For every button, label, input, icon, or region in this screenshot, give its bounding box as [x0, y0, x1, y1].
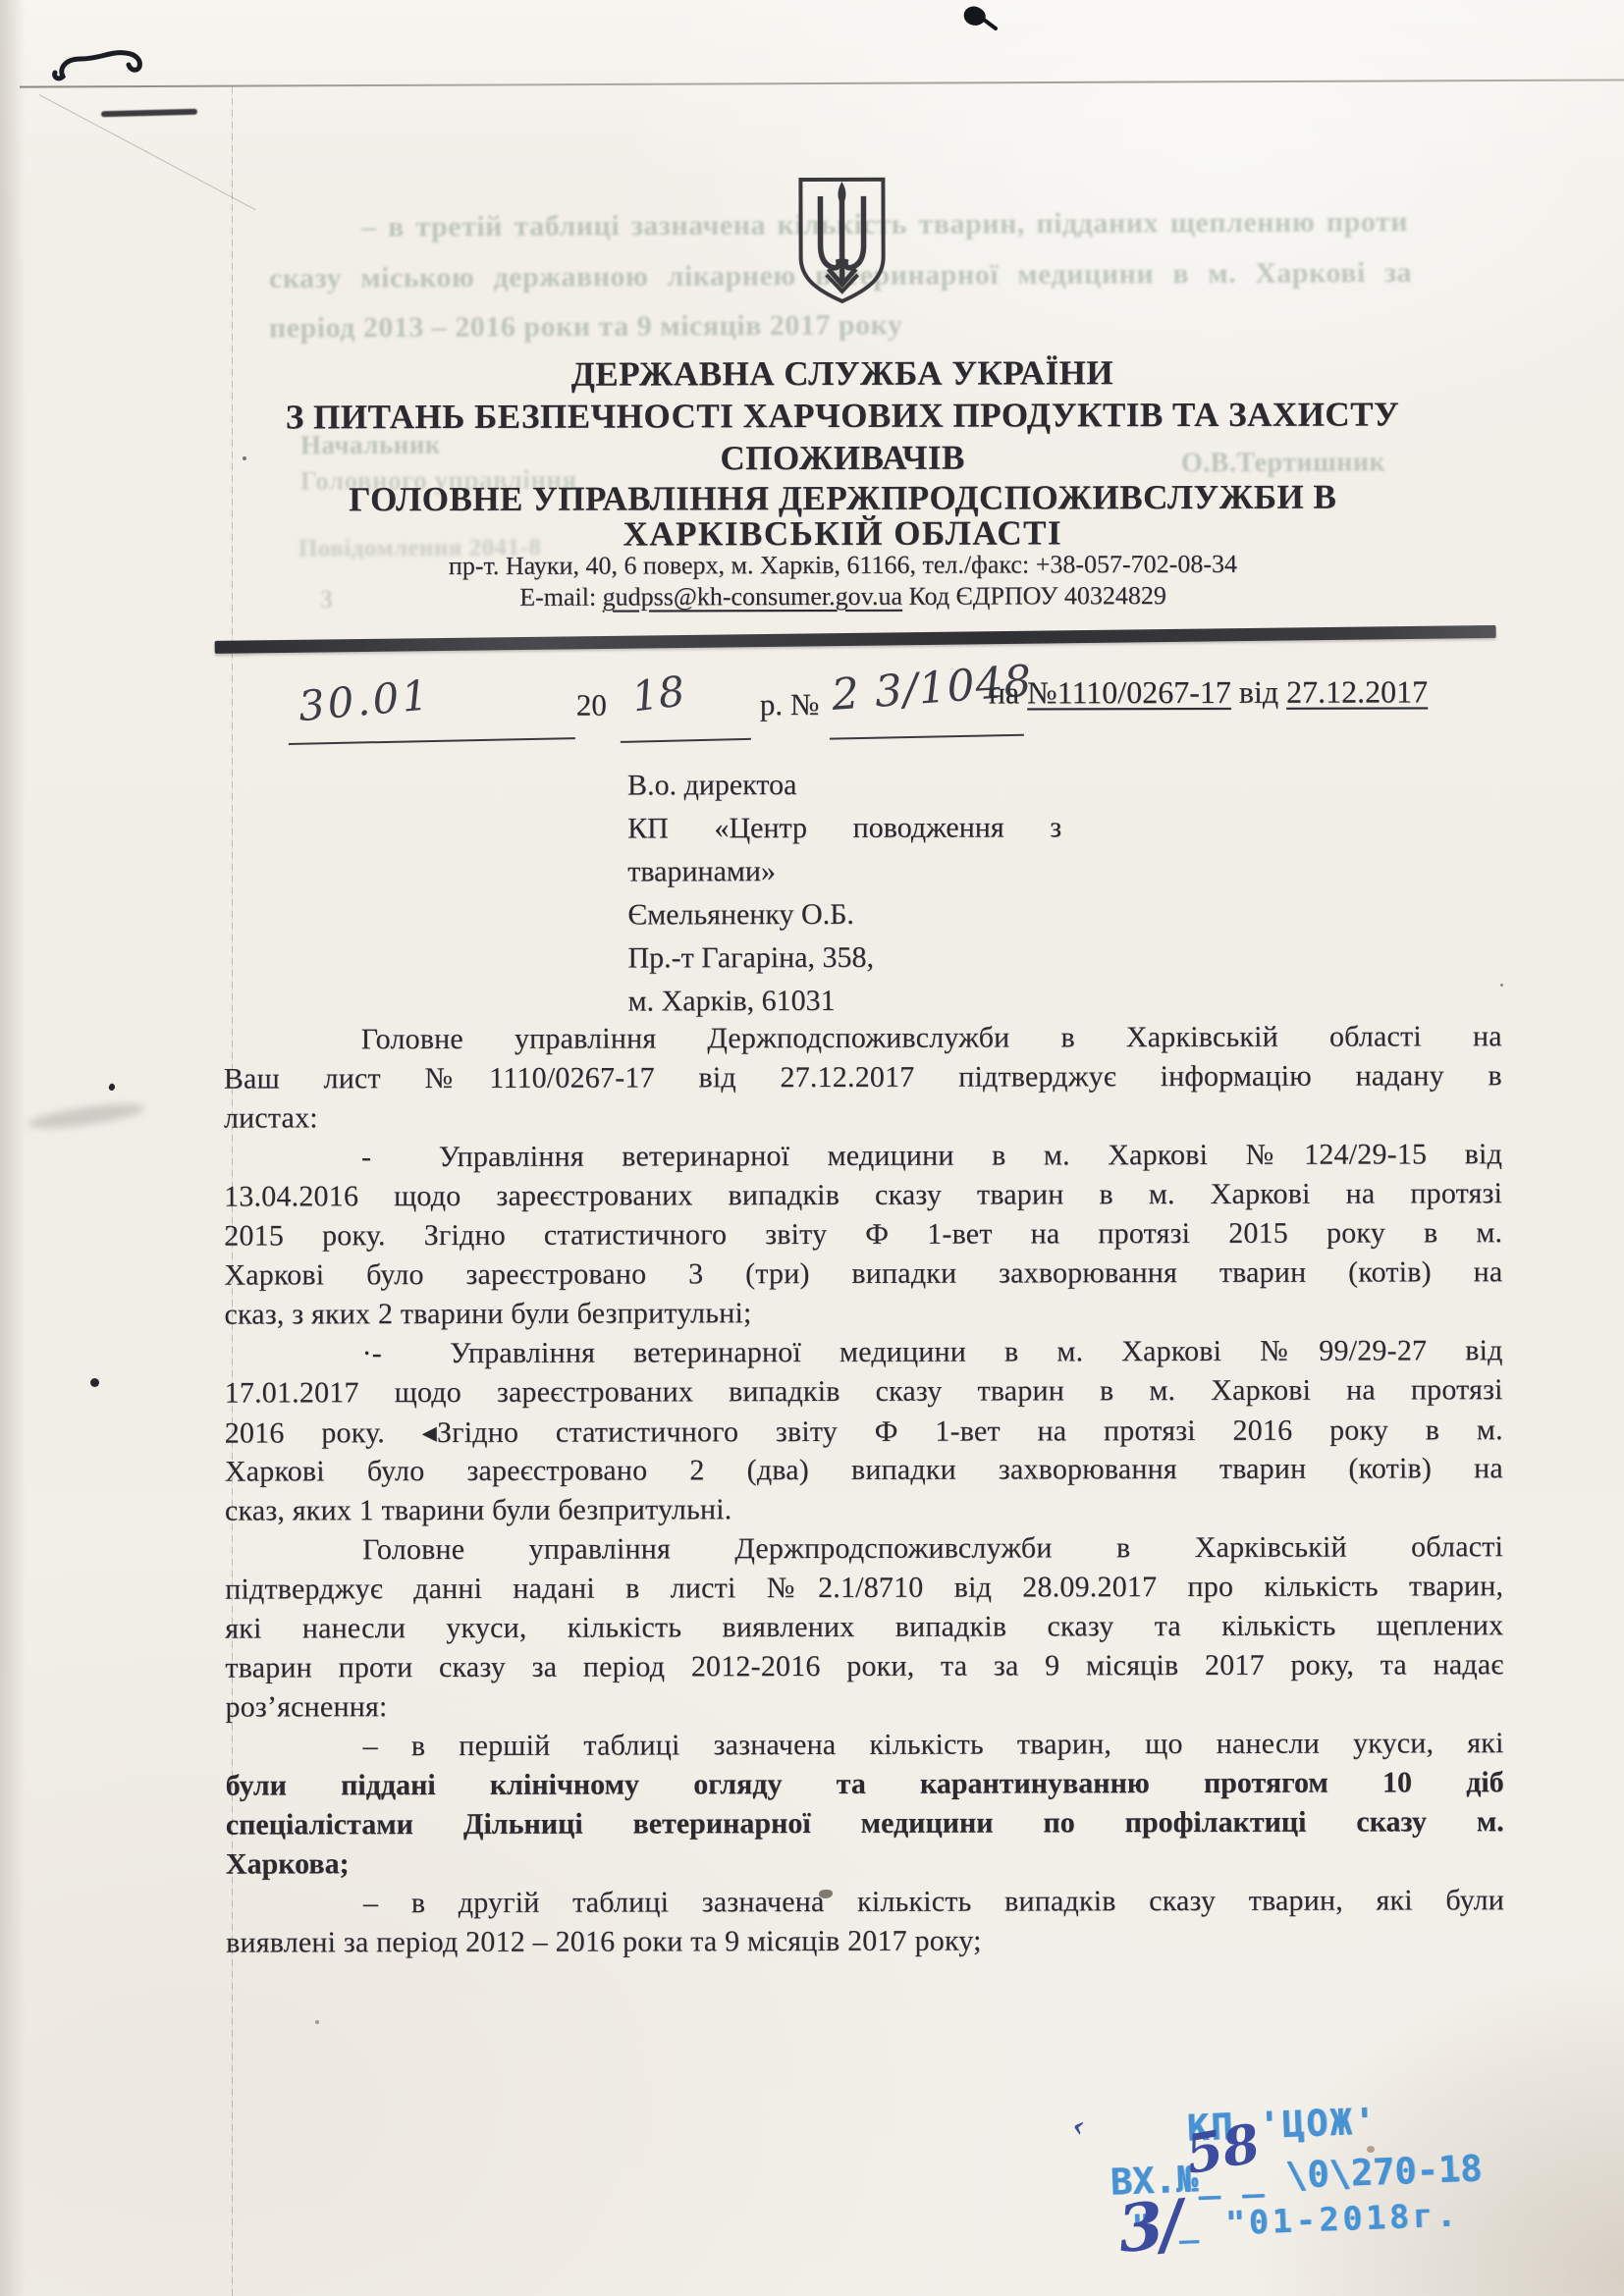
reply-number: №1110/0267-17 — [1027, 674, 1231, 711]
body-line: Головне управління Держподспоживслужби в… — [224, 1020, 1502, 1062]
body-line: роз’яснення: — [225, 1687, 1503, 1730]
recipient-line: Пр.-т Гагаріна, 358, — [627, 940, 1061, 985]
email-label: E-mail: — [519, 583, 603, 612]
body-line: були піддані клінічному огляду та карант… — [226, 1766, 1504, 1808]
org-name-line3: СПОЖИВАЧІВ — [204, 437, 1481, 479]
body-line: листах: — [224, 1098, 1502, 1141]
body-line: Харкові було зареєстровано 2 (два) випад… — [225, 1452, 1503, 1494]
reply-reference: на №1110/0267-17 від 27.12.2017 — [989, 673, 1428, 711]
year-prefix: 20 — [576, 688, 607, 723]
reply-prefix: на — [989, 674, 1027, 710]
body-line: Ваш лист №1110/0267-17 від 27.12.2017 пі… — [224, 1059, 1502, 1101]
recipient-line: Ємельяненку О.Б. — [627, 897, 1061, 941]
reply-date: 27.12.2017 — [1286, 673, 1428, 709]
body-line: тварин проти сказу за період 2012-2016 р… — [225, 1648, 1503, 1690]
body-line: 13.04.2016 щодо зареєстрованих випадків … — [224, 1177, 1502, 1219]
ukraine-tryzub-emblem-icon — [792, 173, 891, 313]
body-line: – в першій таблиці зазначена кількість т… — [226, 1727, 1504, 1769]
pen-page-number: 3/ — [1114, 2185, 1183, 2268]
scanned-letter-page: – в третій таблиці зазначена кількість т… — [0, 0, 1624, 2296]
email-address: gudpss@kh-consumer.gov.ua — [603, 582, 902, 612]
body-line: 17.01.2017 щодо зареєстрованих випадків … — [225, 1373, 1503, 1415]
body-line: Харкові було зареєстровано 3 (три) випад… — [224, 1255, 1502, 1298]
handwritten-underline — [621, 738, 751, 743]
stamp-line: " _ "01-2018г. — [1131, 2193, 1535, 2246]
recipient-line: В.о. директоа — [627, 768, 1061, 812]
recipient-line: тваринами» — [627, 854, 1061, 898]
number-prefix: р. № — [760, 687, 820, 722]
edrpou-code: Код ЄДРПОУ 40324829 — [902, 581, 1166, 611]
body-line: сказ, яких 1 тварини були безпритульні. — [225, 1491, 1503, 1533]
recipient-block: В.о. директоаКП «Центр поводження зтвари… — [627, 768, 1062, 1028]
reply-mid: від — [1231, 674, 1286, 710]
pen-tick-mark: ‹ — [1068, 2109, 1089, 2145]
pen-entry-number: 58 — [1181, 2111, 1265, 2186]
body-line: 2015 року. Згідно статистичного звіту Ф … — [224, 1216, 1502, 1258]
body-line: які нанесли укуси, кількість виявлених в… — [225, 1609, 1503, 1651]
org-email-line: E-mail: gudpss@kh-consumer.gov.ua Код ЄД… — [204, 580, 1481, 613]
body-line: сказ, з яких 2 тварини були безпритульні… — [224, 1295, 1502, 1337]
handwritten-date: 30.01 — [297, 670, 433, 730]
letterhead-divider-bar — [215, 625, 1496, 654]
recipient-line: КП «Центр поводження з — [627, 811, 1061, 855]
body-line: Харкова; — [226, 1844, 1504, 1887]
org-name-line1: ДЕРЖАВНА СЛУЖБА УКРАЇНИ — [204, 352, 1481, 395]
body-line: 2016 року. ◂Згідно статистичного звіту Ф… — [225, 1413, 1503, 1455]
handwritten-underline — [830, 734, 1024, 740]
letter-body: Головне управління Держподспоживслужби в… — [224, 1020, 1505, 1965]
org-address: пр-т. Науки, 40, 6 поверх, м. Харків, 61… — [204, 549, 1481, 581]
body-line: – в другій таблиці зазначена кількість в… — [226, 1884, 1504, 1926]
letter-content: ДЕРЖАВНА СЛУЖБА УКРАЇНИ З ПИТАНЬ БЕЗПЕЧН… — [0, 0, 1624, 2296]
org-name-line2: З ПИТАНЬ БЕЗПЕЧНОСТІ ХАРЧОВИХ ПРОДУКТІВ … — [204, 395, 1481, 437]
handwritten-underline — [289, 737, 575, 745]
body-line: підтверджує данні надані в листі №2.1/87… — [225, 1570, 1503, 1612]
handwritten-year: 18 — [629, 667, 687, 721]
body-line: виявлені за період 2012 – 2016 роки та 9… — [226, 1923, 1504, 1965]
body-line: - Управління ветеринарної медицини в м. … — [224, 1138, 1502, 1180]
body-line: Головне управління Держпродспоживслужби … — [225, 1530, 1503, 1573]
body-line: ·- Управління ветеринарної медицини в м.… — [225, 1334, 1503, 1376]
body-line: спеціалістами Дільниці ветеринарної меди… — [226, 1805, 1504, 1847]
